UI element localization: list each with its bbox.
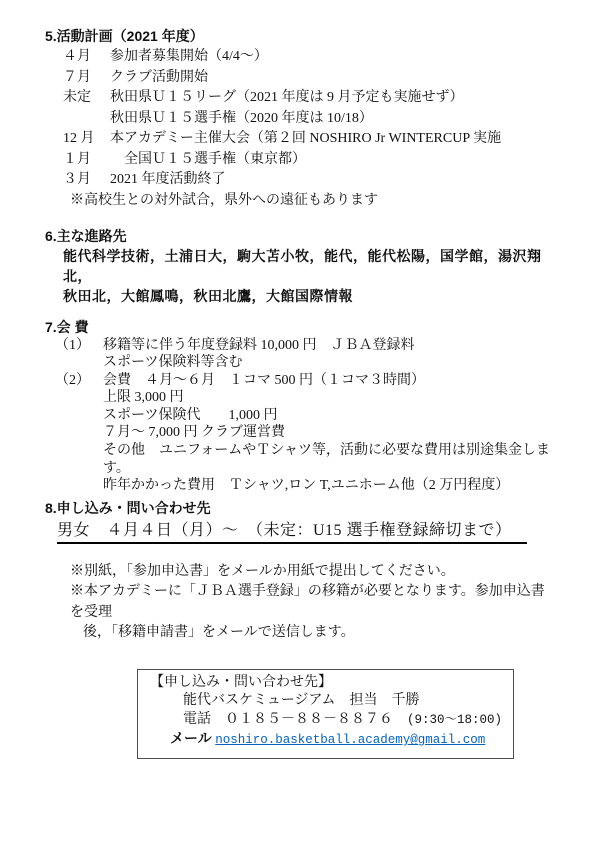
application-note-continuation: 後，「移籍申請書」をメールで送信します。 <box>45 623 557 644</box>
schedule-month: 12 月 <box>63 129 110 150</box>
schedule-row: ４月 参加者募集開始（4/4～） <box>45 47 557 68</box>
fee-item-number <box>55 477 103 495</box>
fee-item-text: 上限 3,000 円 <box>103 389 557 407</box>
schedule-row: 秋田県Ｕ１５選手権（2020 年度は 10/18） <box>45 109 557 130</box>
fee-item-text: スポーツ保険料等含む <box>103 354 557 372</box>
contact-box: 【申し込み・問い合わせ先】 能代バスケミュージアム 担当 千勝 電話 ０１８５－… <box>137 669 514 759</box>
fee-item-text: 移籍等に伴う年度登録料 10,000 円 ＪＢＡ登録料 <box>103 337 557 355</box>
fee-item-text: スポーツ保険代 1,000 円 <box>103 407 557 425</box>
schedule-event: クラブ活動開始 <box>110 68 557 89</box>
activity-schedule: ４月 参加者募集開始（4/4～） ７月 クラブ活動開始 未定 秋田県Ｕ１５リーグ… <box>45 47 557 191</box>
career-schools-line2: 秋田北，大館鳳鳴，秋田北鷹，大館国際情報 <box>45 286 557 306</box>
schedule-event: 2021 年度活動終了 <box>110 170 557 191</box>
career-schools-line1: 能代科学技術，土浦日大，駒大苫小牧，能代，能代松陽，国学館，湯沢翔北， <box>45 246 557 286</box>
fee-row: ７月～ 7,000 円 クラブ運営費 <box>45 424 557 442</box>
fee-item-text: 昨年かかった費用 Ｔシャツ,ロン T,ユニホーム他（2 万円程度） <box>103 477 557 495</box>
schedule-event: 本アカデミー主催大会（第２回 NOSHIRO Jr WINTERCUP 実施 <box>110 129 557 150</box>
application-notes: ※別紙，「参加申込書」をメールか用紙で提出してください。 ※本アカデミーに「ＪＢ… <box>45 562 557 644</box>
section5-heading: 5.活動計画（2021 年度） <box>45 26 557 46</box>
email-link[interactable]: noshiro.basketball.academy@gmail.com <box>215 733 485 747</box>
application-period: 男女 ４月４日（月）～ （未定：U15 選手権登録締切まで） <box>57 520 527 544</box>
schedule-row: 12 月 本アカデミー主催大会（第２回 NOSHIRO Jr WINTERCUP… <box>45 129 557 150</box>
fee-item-number <box>55 389 103 407</box>
fee-item-number <box>55 407 103 425</box>
section-career-paths: 6.主な進路先 能代科学技術，土浦日大，駒大苫小牧，能代，能代松陽，国学館，湯沢… <box>45 226 557 306</box>
fee-row: 昨年かかった費用 Ｔシャツ,ロン T,ユニホーム他（2 万円程度） <box>45 477 557 495</box>
schedule-month: 未定 <box>63 88 110 109</box>
application-note: ※別紙，「参加申込書」をメールか用紙で提出してください。 <box>45 562 557 583</box>
section-application: 8.申し込み・問い合わせ先 男女 ４月４日（月）～ （未定：U15 選手権登録締… <box>45 498 557 644</box>
fee-item-number <box>55 424 103 442</box>
schedule-month: ３月 <box>63 170 110 191</box>
fee-item-number <box>55 442 103 477</box>
phone-hours: (9:30～18:00) <box>407 713 502 727</box>
fee-row: （1） 移籍等に伴う年度登録料 10,000 円 ＪＢＡ登録料 <box>45 337 557 355</box>
fee-item-text: 会費 ４月～６月 １コマ 500 円（１コマ３時間） <box>103 372 557 390</box>
fee-row: スポーツ保険料等含む <box>45 354 557 372</box>
schedule-row: ７月 クラブ活動開始 <box>45 68 557 89</box>
schedule-event: 参加者募集開始（4/4～） <box>110 47 557 68</box>
schedule-month <box>63 109 110 130</box>
contact-email-line: メール noshiro.basketball.academy@gmail.com <box>150 729 505 750</box>
fee-list: （1） 移籍等に伴う年度登録料 10,000 円 ＪＢＡ登録料 スポーツ保険料等… <box>45 337 557 495</box>
fee-item-number: （1） <box>55 337 103 355</box>
document-page: 5.活動計画（2021 年度） ４月 参加者募集開始（4/4～） ７月 クラブ活… <box>0 0 595 842</box>
fee-item-text: その他 ユニフォームやＴシャツ等，活動に必要な費用は別途集金します。 <box>103 442 557 477</box>
contact-box-title: 【申し込み・問い合わせ先】 <box>150 674 505 693</box>
schedule-row: １月 全国Ｕ１５選手権（東京都） <box>45 150 557 171</box>
fee-row: （2） 会費 ４月～６月 １コマ 500 円（１コマ３時間） <box>45 372 557 390</box>
fee-row: その他 ユニフォームやＴシャツ等，活動に必要な費用は別途集金します。 <box>45 442 557 477</box>
fee-row: スポーツ保険代 1,000 円 <box>45 407 557 425</box>
fee-row: 上限 3,000 円 <box>45 389 557 407</box>
section8-heading: 8.申し込み・問い合わせ先 <box>45 498 557 518</box>
schedule-event: 秋田県Ｕ１５リーグ（2021 年度は 9 月予定も実施せず） <box>110 88 557 109</box>
schedule-row: ３月 2021 年度活動終了 <box>45 170 557 191</box>
schedule-month: １月 <box>63 150 110 171</box>
section-fees: 7.会 費 （1） 移籍等に伴う年度登録料 10,000 円 ＪＢＡ登録料 スポ… <box>45 317 557 495</box>
fee-item-text: ７月～ 7,000 円 クラブ運営費 <box>103 424 557 442</box>
fee-item-number: （2） <box>55 372 103 390</box>
application-note: ※本アカデミーに「ＪＢＡ選手登録」の移籍が必要となります。参加申込書を受理 <box>45 582 557 623</box>
contact-phone-line: 電話 ０１８５－８８－８８７６ (9:30～18:00) <box>150 711 505 730</box>
contact-organization: 能代バスケミュージアム 担当 千勝 <box>150 692 505 711</box>
schedule-month: ７月 <box>63 68 110 89</box>
fee-item-number <box>55 354 103 372</box>
schedule-row: 未定 秋田県Ｕ１５リーグ（2021 年度は 9 月予定も実施せず） <box>45 88 557 109</box>
phone-number: ０１８５－８８－８８７６ <box>225 712 393 727</box>
schedule-month: ４月 <box>63 47 110 68</box>
section7-heading: 7.会 費 <box>45 317 557 337</box>
email-label: メール <box>170 730 212 746</box>
activity-note: ※高校生との対外試合，県外への遠征もあります <box>45 191 557 211</box>
schedule-event: 秋田県Ｕ１５選手権（2020 年度は 10/18） <box>110 109 557 130</box>
phone-label: 電話 <box>183 712 211 727</box>
section6-heading: 6.主な進路先 <box>45 226 557 246</box>
schedule-event: 全国Ｕ１５選手権（東京都） <box>110 150 557 171</box>
section-activity-plan: 5.活動計画（2021 年度） ４月 参加者募集開始（4/4～） ７月 クラブ活… <box>45 26 557 211</box>
